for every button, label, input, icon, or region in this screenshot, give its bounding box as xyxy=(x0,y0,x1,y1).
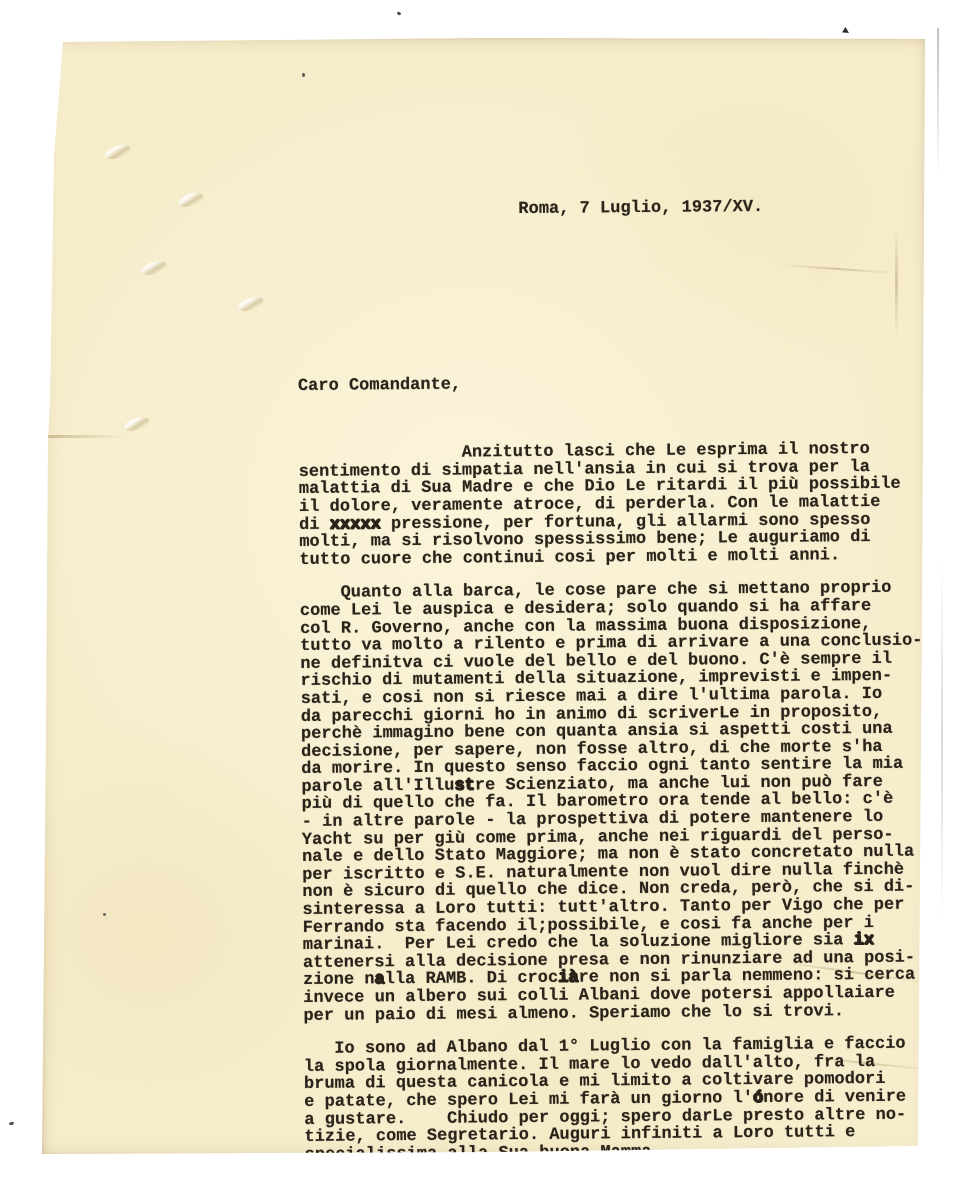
typed-text: di xyxy=(299,515,330,534)
typed-text: specialissima alla Sua buona Mamma. xyxy=(305,1143,662,1165)
scanned-letter-scene: Roma, 7 Luglio, 1937/XV. Caro Comandante… xyxy=(0,0,956,1200)
paragraph: Quanto alla barca, le cose pare che si m… xyxy=(300,580,956,1026)
dust-speck xyxy=(842,27,849,33)
paper-dimple xyxy=(123,414,151,433)
dust-speck xyxy=(397,11,402,16)
paper-dimple xyxy=(177,190,205,209)
letter-body: Roma, 7 Luglio, 1937/XV. Caro Comandante… xyxy=(296,159,956,1200)
overtyped-text: ix xyxy=(854,931,875,950)
typed-text: tutto cuore che continui cosi per molti … xyxy=(299,546,840,570)
paper-dimple xyxy=(237,294,265,313)
dust-speck xyxy=(9,1121,15,1125)
typed-text: zione n xyxy=(303,971,375,991)
date-line: Roma, 7 Luglio, 1937/XV. xyxy=(296,197,948,220)
typed-text: per un paio di mesi almeno. Speriamo che… xyxy=(303,1002,844,1026)
typed-line: tutto cuore che continui cosi per molti … xyxy=(299,546,951,569)
scan-edge-shadow xyxy=(941,560,943,920)
letter-paragraphs: Anzitutto lasci che Le esprima il nostro… xyxy=(298,440,956,1164)
paper-fold-crease xyxy=(40,435,126,438)
paper-dimple xyxy=(140,258,168,277)
letter-paper: Roma, 7 Luglio, 1937/XV. Caro Comandante… xyxy=(40,36,930,1158)
paper-dimple xyxy=(104,142,132,161)
overtyped-text: a xyxy=(374,971,384,990)
typed-line: specialissima alla Sua buona Mamma. xyxy=(305,1141,956,1164)
paragraph: Io sono ad Albano dal 1° Luglio con la f… xyxy=(304,1035,956,1164)
typed-line: per un paio di mesi almeno. Speriamo che… xyxy=(303,1002,955,1025)
salutation: Caro Comandante, xyxy=(298,372,950,395)
paragraph: Anzitutto lasci che Le esprima il nostro… xyxy=(298,440,951,569)
overtyped-text: ià xyxy=(558,969,579,988)
dust-speck xyxy=(103,913,106,916)
overtyped-text: ó xyxy=(753,1089,763,1108)
dust-speck xyxy=(302,73,305,77)
scan-edge-shadow xyxy=(937,28,939,178)
